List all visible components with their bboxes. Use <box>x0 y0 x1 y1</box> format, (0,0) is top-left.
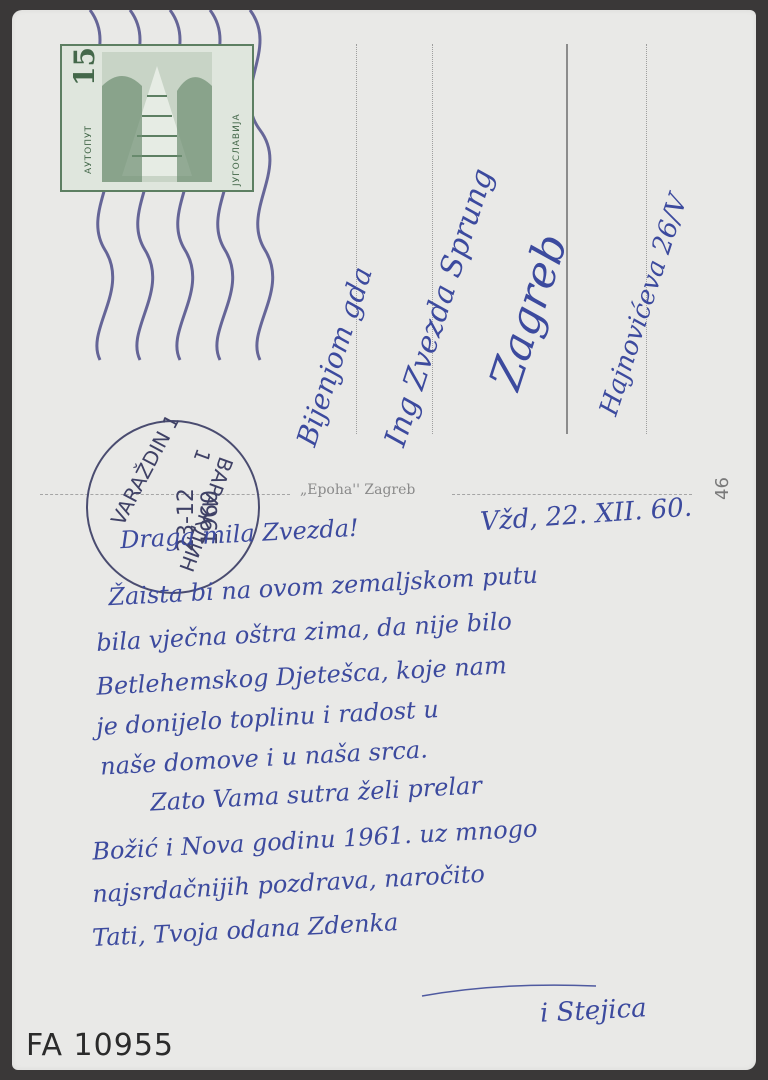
address-line-4 <box>646 44 647 434</box>
postage-stamp: 15 АУТОПУТ ЈУГОСЛАВИЈА <box>48 32 266 196</box>
postmark: VARAŽDIN 1 ВАРАЖДИН 1 23-12 1960 <box>86 420 260 594</box>
stamp-value: 15 <box>68 47 101 86</box>
signature-underline-icon <box>420 980 600 1000</box>
archive-label: FA 10955 <box>26 1028 174 1063</box>
address-line-1 <box>356 44 357 434</box>
stamp-image: 15 АУТОПУТ ЈУГОСЛАВИЈА <box>60 44 254 192</box>
printer-imprint: „Epoha'' Zagreb <box>300 482 415 498</box>
print-number: 46 <box>712 477 733 500</box>
stamp-caption-left: АУТОПУТ <box>84 125 94 174</box>
stamp-caption-right: ЈУГОСЛАВИЈА <box>232 113 242 186</box>
